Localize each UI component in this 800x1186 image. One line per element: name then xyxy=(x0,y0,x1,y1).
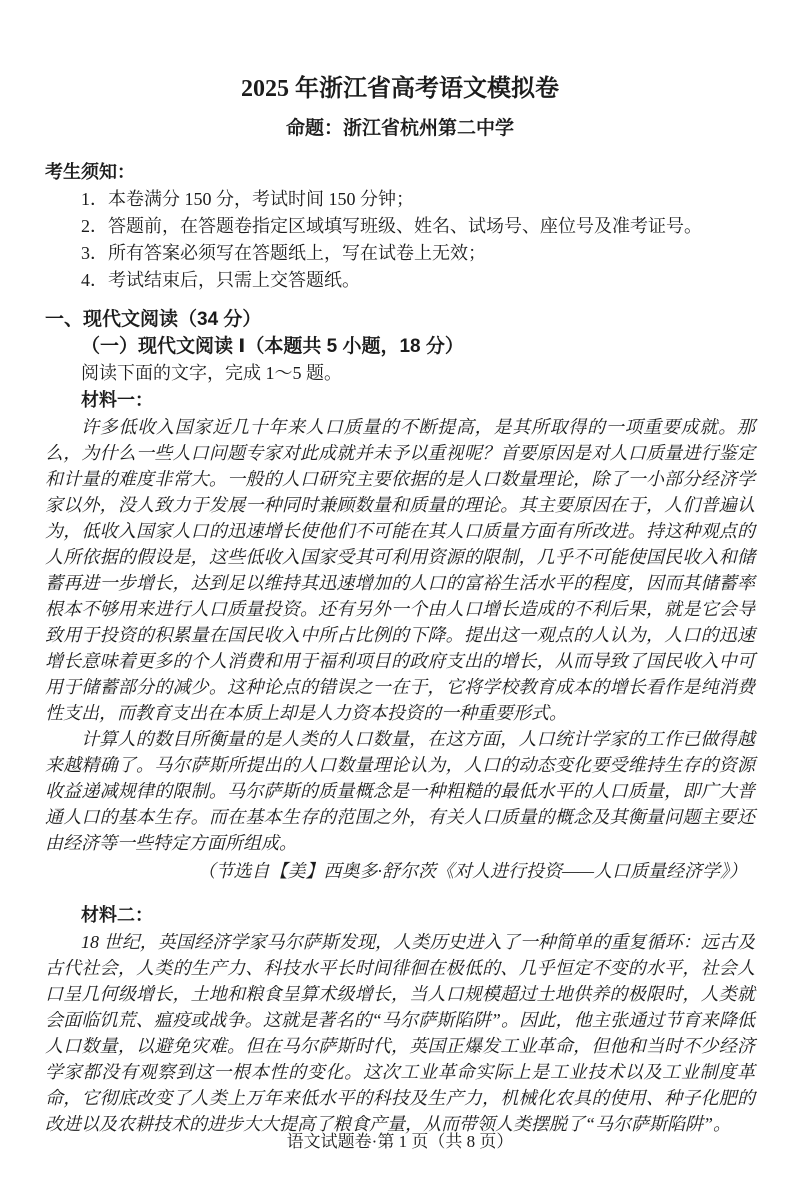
material-two-label: 材料二： xyxy=(45,902,755,929)
material-one-paragraph-2: 计算人的数目所衡量的是人类的人口数量，在这方面，人口统计学家的工作已做得越来越精… xyxy=(45,726,755,856)
material-one-attribution: （节选自【美】西奥多·舒尔茨《对人进行投资——人口质量经济学》） xyxy=(45,858,755,884)
reading-instruction: 阅读下面的文字，完成 1～5 题。 xyxy=(45,360,755,387)
section-heading-modern-reading: 一、现代文阅读（34 分） xyxy=(45,306,755,333)
notice-item-4: 4．考试结束后，只需上交答题纸。 xyxy=(45,267,755,294)
exam-paper-page: 2025 年浙江省高考语文模拟卷 命题：浙江省杭州第二中学 考生须知： 1．本卷… xyxy=(0,0,800,1186)
page-footer: 语文试题卷·第 1 页（共 8 页） xyxy=(0,1127,800,1152)
subsection-heading-reading-one: （一）现代文阅读 Ⅰ（本题共 5 小题，18 分） xyxy=(45,333,755,360)
notice-block: 考生须知： 1．本卷满分 150 分，考试时间 150 分钟； 2．答题前，在答… xyxy=(45,159,755,294)
page-subtitle: 命题：浙江省杭州第二中学 xyxy=(45,116,755,141)
material-one-label: 材料一： xyxy=(45,387,755,414)
notice-heading: 考生须知： xyxy=(45,159,755,186)
notice-item-3: 3．所有答案必须写在答题纸上，写在试卷上无效； xyxy=(45,240,755,267)
material-two-paragraph-1: 18 世纪，英国经济学家马尔萨斯发现，人类历史进入了一种简单的重复循环：远古及古… xyxy=(45,929,755,1137)
material-one-paragraph-1: 许多低收入国家近几十年来人口质量的不断提高，是其所取得的一项重要成就。那么，为什… xyxy=(45,414,755,726)
page-title: 2025 年浙江省高考语文模拟卷 xyxy=(45,74,755,104)
notice-item-2: 2．答题前，在答题卷指定区域填写班级、姓名、试场号、座位号及准考证号。 xyxy=(45,213,755,240)
notice-item-1: 1．本卷满分 150 分，考试时间 150 分钟； xyxy=(45,186,755,213)
